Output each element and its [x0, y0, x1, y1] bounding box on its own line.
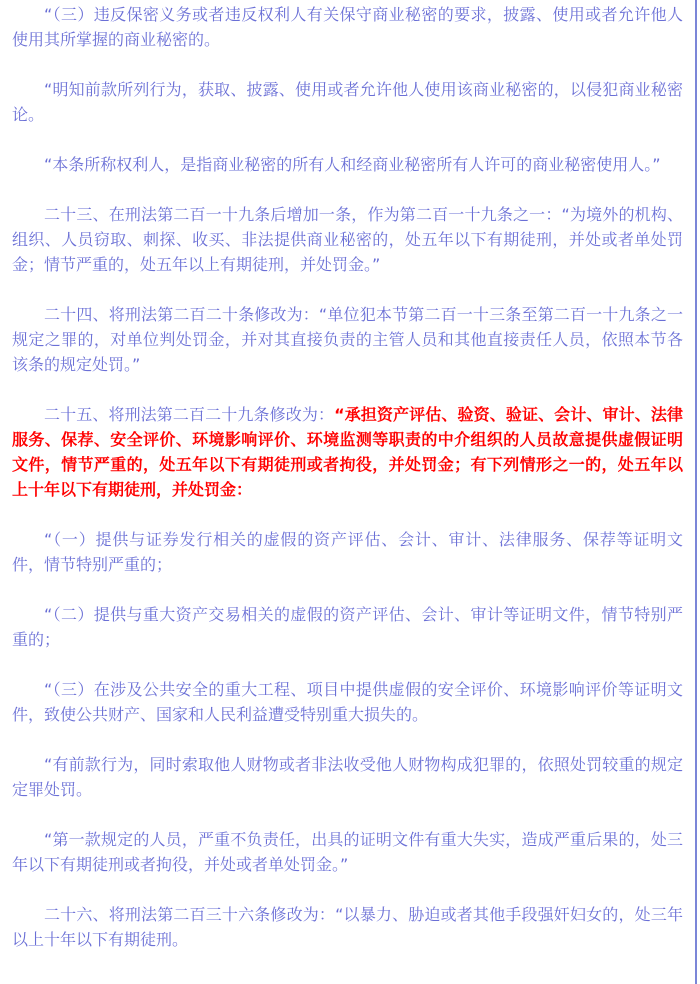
paragraph-rights-holder-definition: “本条所称权利人，是指商业秘密的所有人和经商业秘密所有人许可的商业秘密使用人。” — [12, 152, 683, 177]
paragraph-article-25: 二十五、将刑法第二百二十九条修改为：“承担资产评估、验资、验证、会计、审计、法律… — [12, 402, 683, 502]
paragraph-knowing-acts: “明知前款所列行为，获取、披露、使用或者允许他人使用该商业秘密的，以侵犯商业秘密… — [12, 77, 683, 127]
paragraph-article-23: 二十三、在刑法第二百一十九条后增加一条，作为第二百一十九条之一：“为境外的机构、… — [12, 202, 683, 277]
document-page: “（三）违反保密义务或者违反权利人有关保守商业秘密的要求，披露、使用或者允许他人… — [0, 0, 697, 984]
paragraph-bribery-clause: “有前款行为，同时索取他人财物或者非法收受他人财物构成犯罪的，依照处罚较重的规定… — [12, 752, 683, 802]
article-25-prefix: 二十五、将刑法第二百二十九条修改为： — [44, 405, 334, 424]
paragraph-clause-3: “（三）违反保密义务或者违反权利人有关保守商业秘密的要求，披露、使用或者允许他人… — [12, 2, 683, 52]
paragraph-item-3: “（三）在涉及公共安全的重大工程、项目中提供虚假的安全评价、环境影响评价等证明文… — [12, 677, 683, 727]
paragraph-item-2: “（二）提供与重大资产交易相关的虚假的资产评估、会计、审计等证明文件，情节特别严… — [12, 602, 683, 652]
paragraph-article-24: 二十四、将刑法第二百二十条修改为：“单位犯本节第二百一十三条至第二百一十九条之一… — [12, 302, 683, 377]
paragraph-article-26: 二十六、将刑法第二百三十六条修改为：“以暴力、胁迫或者其他手段强奸妇女的，处三年… — [12, 902, 683, 952]
paragraph-negligence-clause: “第一款规定的人员，严重不负责任，出具的证明文件有重大失实，造成严重后果的，处三… — [12, 827, 683, 877]
paragraph-item-1: “（一）提供与证券发行相关的虚假的资产评估、会计、审计、法律服务、保荐等证明文件… — [12, 527, 683, 577]
